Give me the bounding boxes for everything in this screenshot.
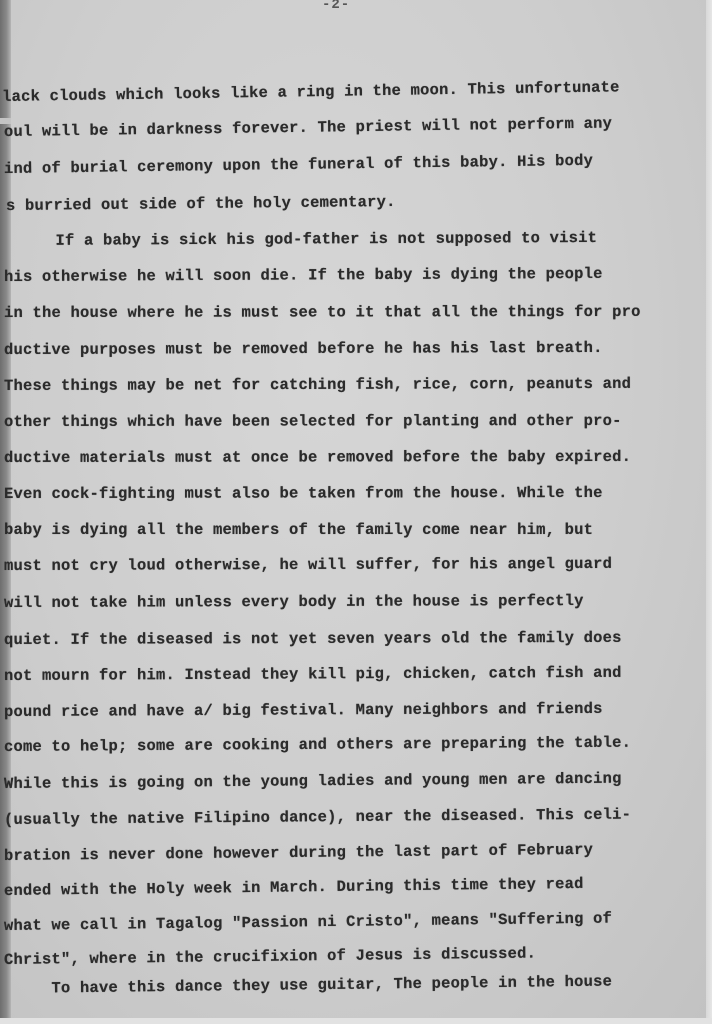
text-line: what we call in Tagalog "Passion ni Cris… — [4, 910, 612, 935]
text-line: ind of burial ceremony upon the funeral … — [4, 152, 593, 178]
text-line: ended with the Holy week in March. Durin… — [4, 875, 584, 900]
text-line: ductive materials must at once be remove… — [4, 448, 631, 467]
text-line: Even cock-fighting must also be taken fr… — [4, 484, 603, 503]
text-line: To have this dance they use guitar, The … — [4, 973, 612, 998]
text-line: not mourn for him. Instead they kill pig… — [4, 664, 622, 685]
text-line: other things which have been selected fo… — [4, 412, 622, 431]
text-line: s burried out side of the holy cementary… — [6, 193, 396, 215]
text-line: (usually the native Filipino dance), nea… — [4, 806, 631, 829]
text-line: If a baby is sick his god-father is not … — [8, 229, 597, 250]
text-line: While this is going on the young ladies … — [4, 770, 622, 793]
text-line: in the house where he is must see to it … — [4, 303, 641, 322]
page-bottom-edge — [0, 1018, 712, 1024]
text-line: come to help; some are cooking and other… — [4, 734, 631, 756]
text-line: lack clouds which looks like a ring in t… — [2, 78, 620, 106]
text-line: ductive purposes must be removed before … — [4, 339, 603, 359]
page-number: -2- — [322, 0, 350, 13]
text-line: These things may be net for catching fis… — [4, 375, 631, 395]
text-line: quiet. If the diseased is not yet seven … — [4, 629, 622, 649]
text-line: must not cry loud otherwise, he will suf… — [4, 555, 612, 575]
scanned-document-page: -2- lack clouds which looks like a ring … — [0, 0, 712, 1024]
text-line: oul will be in darkness forever. The pri… — [4, 115, 612, 141]
text-line: bration is never done however during the… — [4, 841, 593, 865]
page-right-edge — [706, 0, 712, 1024]
text-line: his otherwise he will soon die. If the b… — [4, 265, 603, 286]
text-line: will not take him unless every body in t… — [4, 592, 584, 612]
text-line: Christ", where in the crucifixion of Jes… — [4, 945, 536, 969]
text-line: pound rice and have a/ big festival. Man… — [4, 700, 603, 721]
page-binding-edge — [0, 0, 11, 1024]
text-line: baby is dying all the members of the fam… — [4, 521, 593, 539]
